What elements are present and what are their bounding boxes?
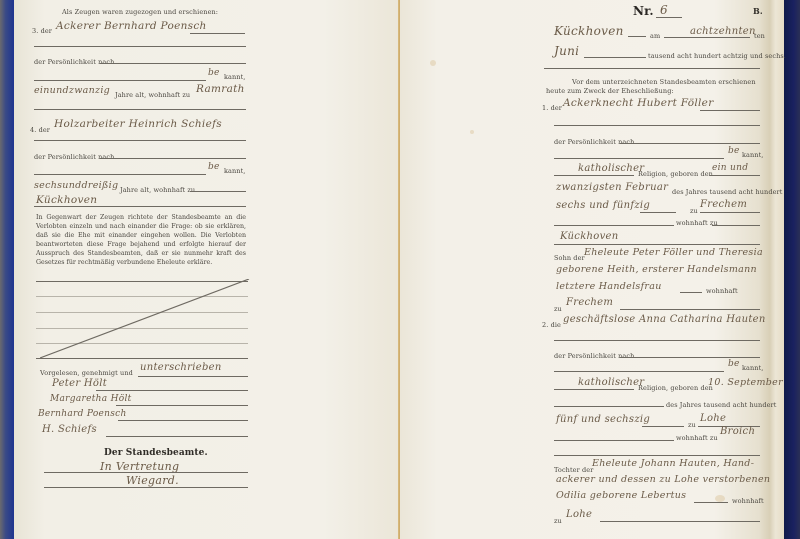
cancellation-stroke [40,279,250,359]
foxing-stain [715,495,725,502]
witness2-age: sechsunddreißig [34,180,118,191]
groom-known-hand: be [728,146,740,156]
page-edges [770,0,784,539]
rule [640,212,676,213]
witness2-age-label: Jahre alt, wohnhaft zu [120,186,195,194]
rule [554,125,760,126]
rule [34,174,206,175]
book-cover-left [0,0,14,539]
rule [100,158,246,159]
rule [554,389,634,390]
groom-birth-year: sechs und fünfzig [556,200,650,211]
signature-1: Peter Hölt [52,378,107,389]
rule [44,472,248,473]
bride-known-hand: be [728,359,740,369]
rule [712,225,760,226]
groom-birth-day: ein und [712,163,748,173]
witness1-known-label: kannt, [224,73,245,81]
approval-hand: unterschrieben [140,362,222,373]
witness2-known-label: kannt, [224,167,245,175]
bride-residence-label: wohnhaft zu [676,434,718,442]
witness2-identity-label: der Persönlichkeit nach [34,153,114,161]
rule [34,46,246,47]
bride-birthplace: Lohe [700,413,726,424]
groom-religion: katholischer [578,163,644,174]
rule [554,225,674,226]
bride-parents-label: Tochter der [554,466,593,474]
rule [34,140,246,141]
rule [34,206,246,207]
bride-birthplace-label: zu [688,421,696,429]
groom-birthplace-label: zu [690,207,698,215]
signature-2: Margaretha Hölt [50,394,132,404]
rule [620,309,760,310]
rule [34,80,206,81]
witness1-identity-label: der Persönlichkeit nach [34,58,114,66]
witness-intro: Als Zeugen waren zugezogen und erschiene… [62,8,218,16]
rule [96,390,248,391]
bride-parents-residence: Lohe [566,509,592,520]
groom-name: Ackerknecht Hubert Föller [563,97,714,109]
rule [710,175,760,176]
bride-parents-line3: Odilia geborene Lebertus [556,490,686,501]
entry-number: 6 [660,3,668,17]
groom-religion-label: Religion, geboren den [638,170,713,178]
bride-parents-residence-label: wohnhaft [732,497,764,505]
rule [34,109,246,110]
groom-known-label: kannt, [742,151,763,159]
bride-parents-line1: Eheleute Johann Hauten, Hand- [592,458,754,469]
bride-birth-day: 10. September [708,377,783,388]
bride-religion-label: Religion, geboren den [638,384,713,392]
groom-birthplace: Frechem [700,199,747,210]
registrar-signature-line2: Wiegard. [126,474,179,487]
witness1-age: einundzwanzig [34,85,110,96]
groom-prefix: 1. der [542,104,562,112]
register-letter: B. [753,6,763,16]
appearance-intro: Vor dem unterzeichneten Standesbeamten e… [546,78,760,96]
rule [656,17,682,18]
bride-birth-year-label: des Jahres tausend acht hundert [666,401,776,409]
book-cover-right [784,0,800,539]
witness1-residence: Ramrath [196,83,245,95]
rule [554,340,760,341]
marriage-declaration: In Gegenwart der Zeugen richtete der Sta… [36,213,246,267]
signature-4: H. Schiefs [42,424,97,435]
rule [694,502,728,503]
rule [190,33,245,34]
rule [190,191,246,192]
rule [554,158,724,159]
foxing-stain [430,60,436,66]
rule [554,440,674,441]
groom-parents-residence-prefix: zu [554,305,562,313]
rule [620,143,760,144]
witness1-age-label: Jahre alt, wohnhaft zu [115,91,190,99]
groom-birth-day-2: zwanzigsten Februar [556,182,668,193]
groom-parents-line3: letztere Handelsfrau [556,281,662,292]
date-suffix: ten [754,32,765,40]
groom-parents-line1: Eheleute Peter Föller und Theresia [584,247,763,258]
rule [600,521,760,522]
bride-identity-label: der Persönlichkeit nach [554,352,634,360]
date-am-label: am [650,32,660,40]
rule [680,292,702,293]
witness1-prefix: 3. der [32,27,52,35]
rule [118,420,248,421]
rule [628,36,646,37]
bride-known-label: kannt, [742,364,763,372]
rule [106,436,248,437]
bride-residence: Broich [720,426,755,437]
groom-parents-line2: geborene Heith, ersterer Handelsmann [556,264,757,275]
groom-residence: Kückhoven [560,231,619,242]
rule [554,406,664,407]
bride-name: geschäftslose Anna Catharina Hauten [563,314,766,325]
groom-parents-label: Sohn der [554,254,585,262]
rule [116,405,248,406]
registration-day: achtzehnten [690,26,756,37]
foxing-stain [470,130,474,134]
witness2-prefix: 4. der [30,126,50,134]
rule [700,110,760,111]
bride-religion: katholischer [578,377,644,388]
witness2-known-hand: be [208,162,220,172]
groom-identity-label: der Persönlichkeit nach [554,138,634,146]
groom-birth-year-label: des Jahres tausend acht hundert [672,188,782,196]
rule [44,487,248,488]
entry-number-label: Nr. [633,4,654,18]
rule [100,63,246,64]
rule [554,455,760,456]
rule [554,175,634,176]
rule [642,426,684,427]
registrar-heading: Der Standesbeamte. [104,448,208,458]
rule [700,212,760,213]
rule [664,37,750,38]
rule [554,371,724,372]
bride-birth-year: fünf und sechszig [556,414,650,425]
groom-parents-residence-label: wohnhaft [706,287,738,295]
registration-month: Juni [554,44,579,58]
signature-3: Bernhard Poensch [38,409,127,419]
bride-prefix: 2. die [542,321,561,329]
rule [620,357,760,358]
bride-parents-residence-prefix: zu [554,517,562,525]
rule [138,376,248,377]
bride-parents-line2: ackerer und dessen zu Lohe verstorbenen [556,474,770,485]
witness2-name: Holzarbeiter Heinrich Schiefs [54,118,222,130]
approval-label: Vorgelesen, genehmigt und [40,369,133,377]
witness1-name: Ackerer Bernhard Poensch [56,20,207,32]
rule [544,68,760,69]
groom-parents-residence: Frechem [566,297,613,308]
registration-place: Kückhoven [554,24,624,38]
witness1-known-hand: be [208,68,220,78]
rule [584,57,646,58]
rule [554,244,760,245]
registration-year: tausend acht hundert achtzig und sechs. [648,52,786,60]
witness2-residence: Kückhoven [36,194,97,206]
